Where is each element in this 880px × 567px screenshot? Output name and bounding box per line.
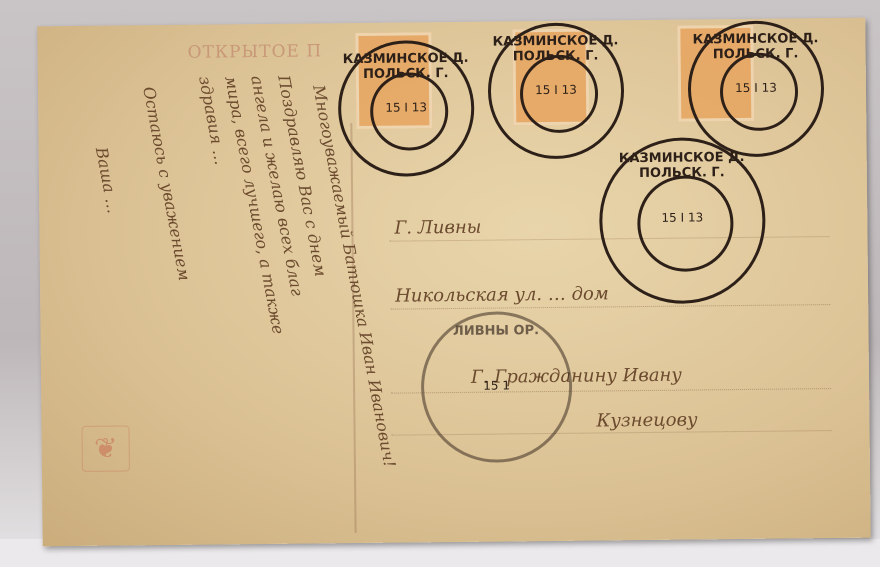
message-line: Ваша … — [92, 146, 123, 215]
message-line: Остаюсь с уважением — [139, 85, 194, 282]
postmark: КАЗМИНСКОЕ Д. ПОЛЬСК. Г.15 I 13 — [687, 20, 824, 157]
postmark: ЛИВНЫ ОР.15 1 — [420, 311, 573, 464]
address-city: Г. Ливны — [394, 217, 481, 239]
postcard: ОТКРЫТОЕ П ❦ Г. Ливны Никольская ул. … д… — [37, 18, 870, 547]
postmark: КАЗМИНСКОЕ Д. ПОЛЬСК. Г.15 I 13 — [599, 137, 767, 305]
postmark: КАЗМИНСКОЕ Д. ПОЛЬСК. Г.15 I 13 — [487, 22, 624, 159]
emblem-icon: ❦ — [81, 425, 129, 472]
address-street: Никольская ул. … дом — [395, 283, 609, 306]
postcard-header: ОТКРЫТОЕ П — [187, 41, 322, 62]
postmark: КАЗМИНСКОЕ Д. ПОЛЬСК. Г.15 I 13 — [337, 40, 474, 177]
address-surname: Кузнецову — [596, 409, 697, 431]
